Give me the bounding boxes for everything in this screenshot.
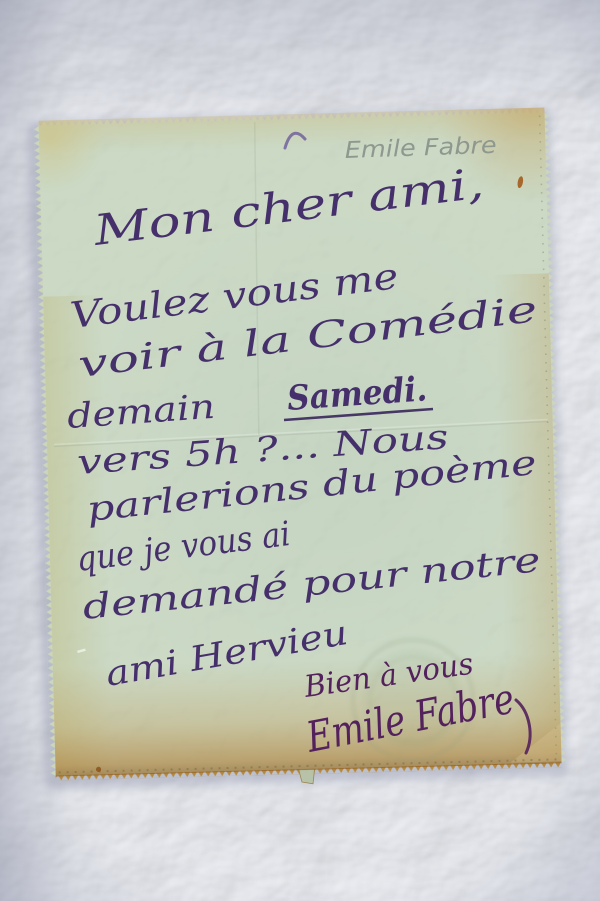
aging-top-left-corner xyxy=(39,118,131,200)
photo: Emile Fabre Mon cher ami, Voulez vous me… xyxy=(0,0,600,901)
